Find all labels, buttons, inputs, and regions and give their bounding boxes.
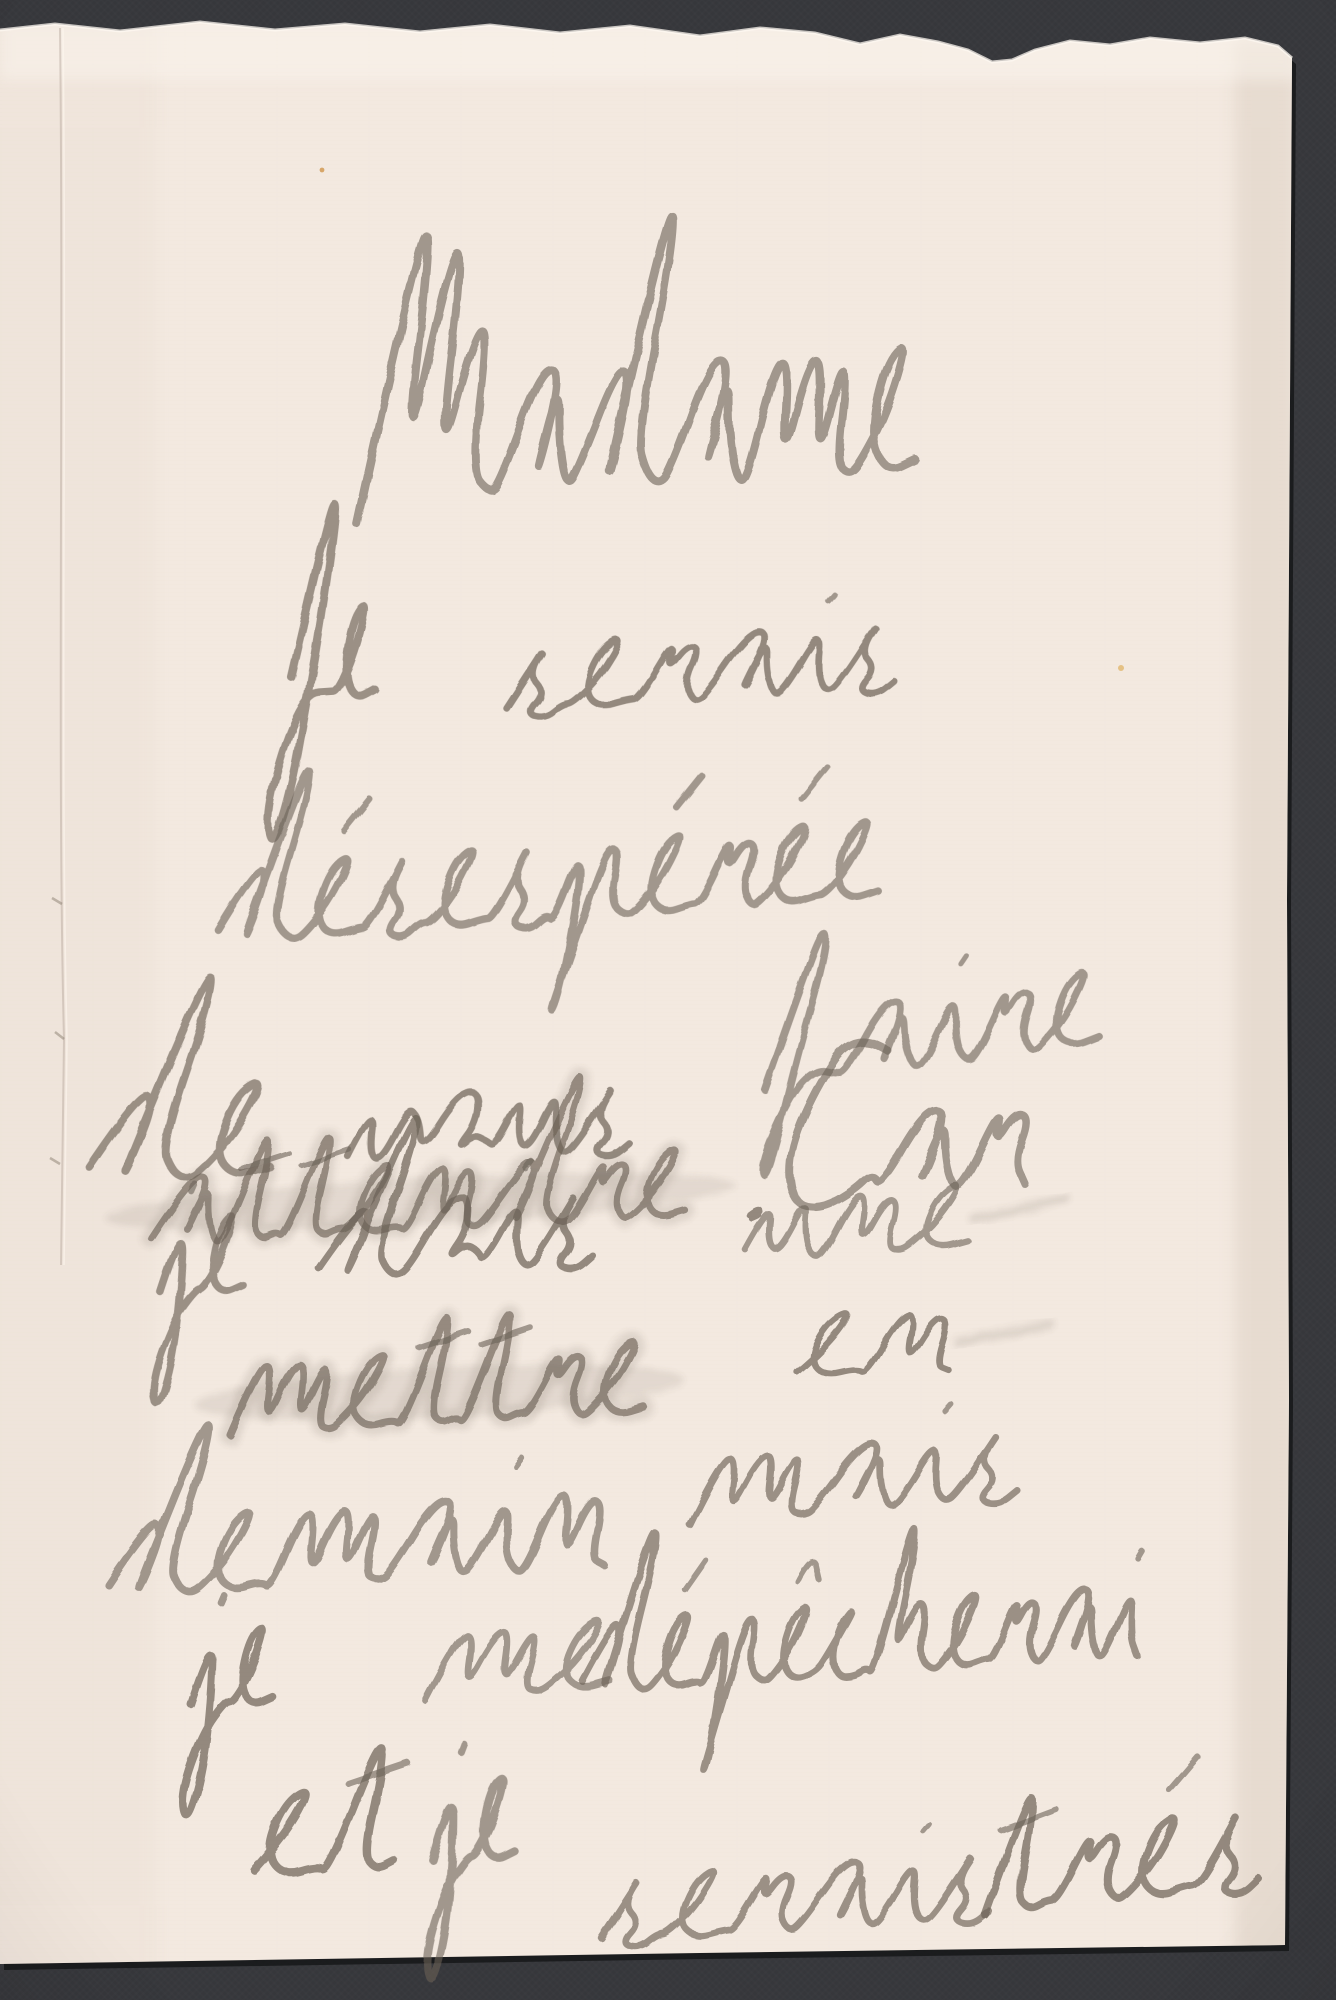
photo-stage: Madame — Je serais désespérée de vous fa… xyxy=(0,0,1336,2000)
letter-photo xyxy=(0,0,1336,2000)
word- xyxy=(750,1210,760,1218)
